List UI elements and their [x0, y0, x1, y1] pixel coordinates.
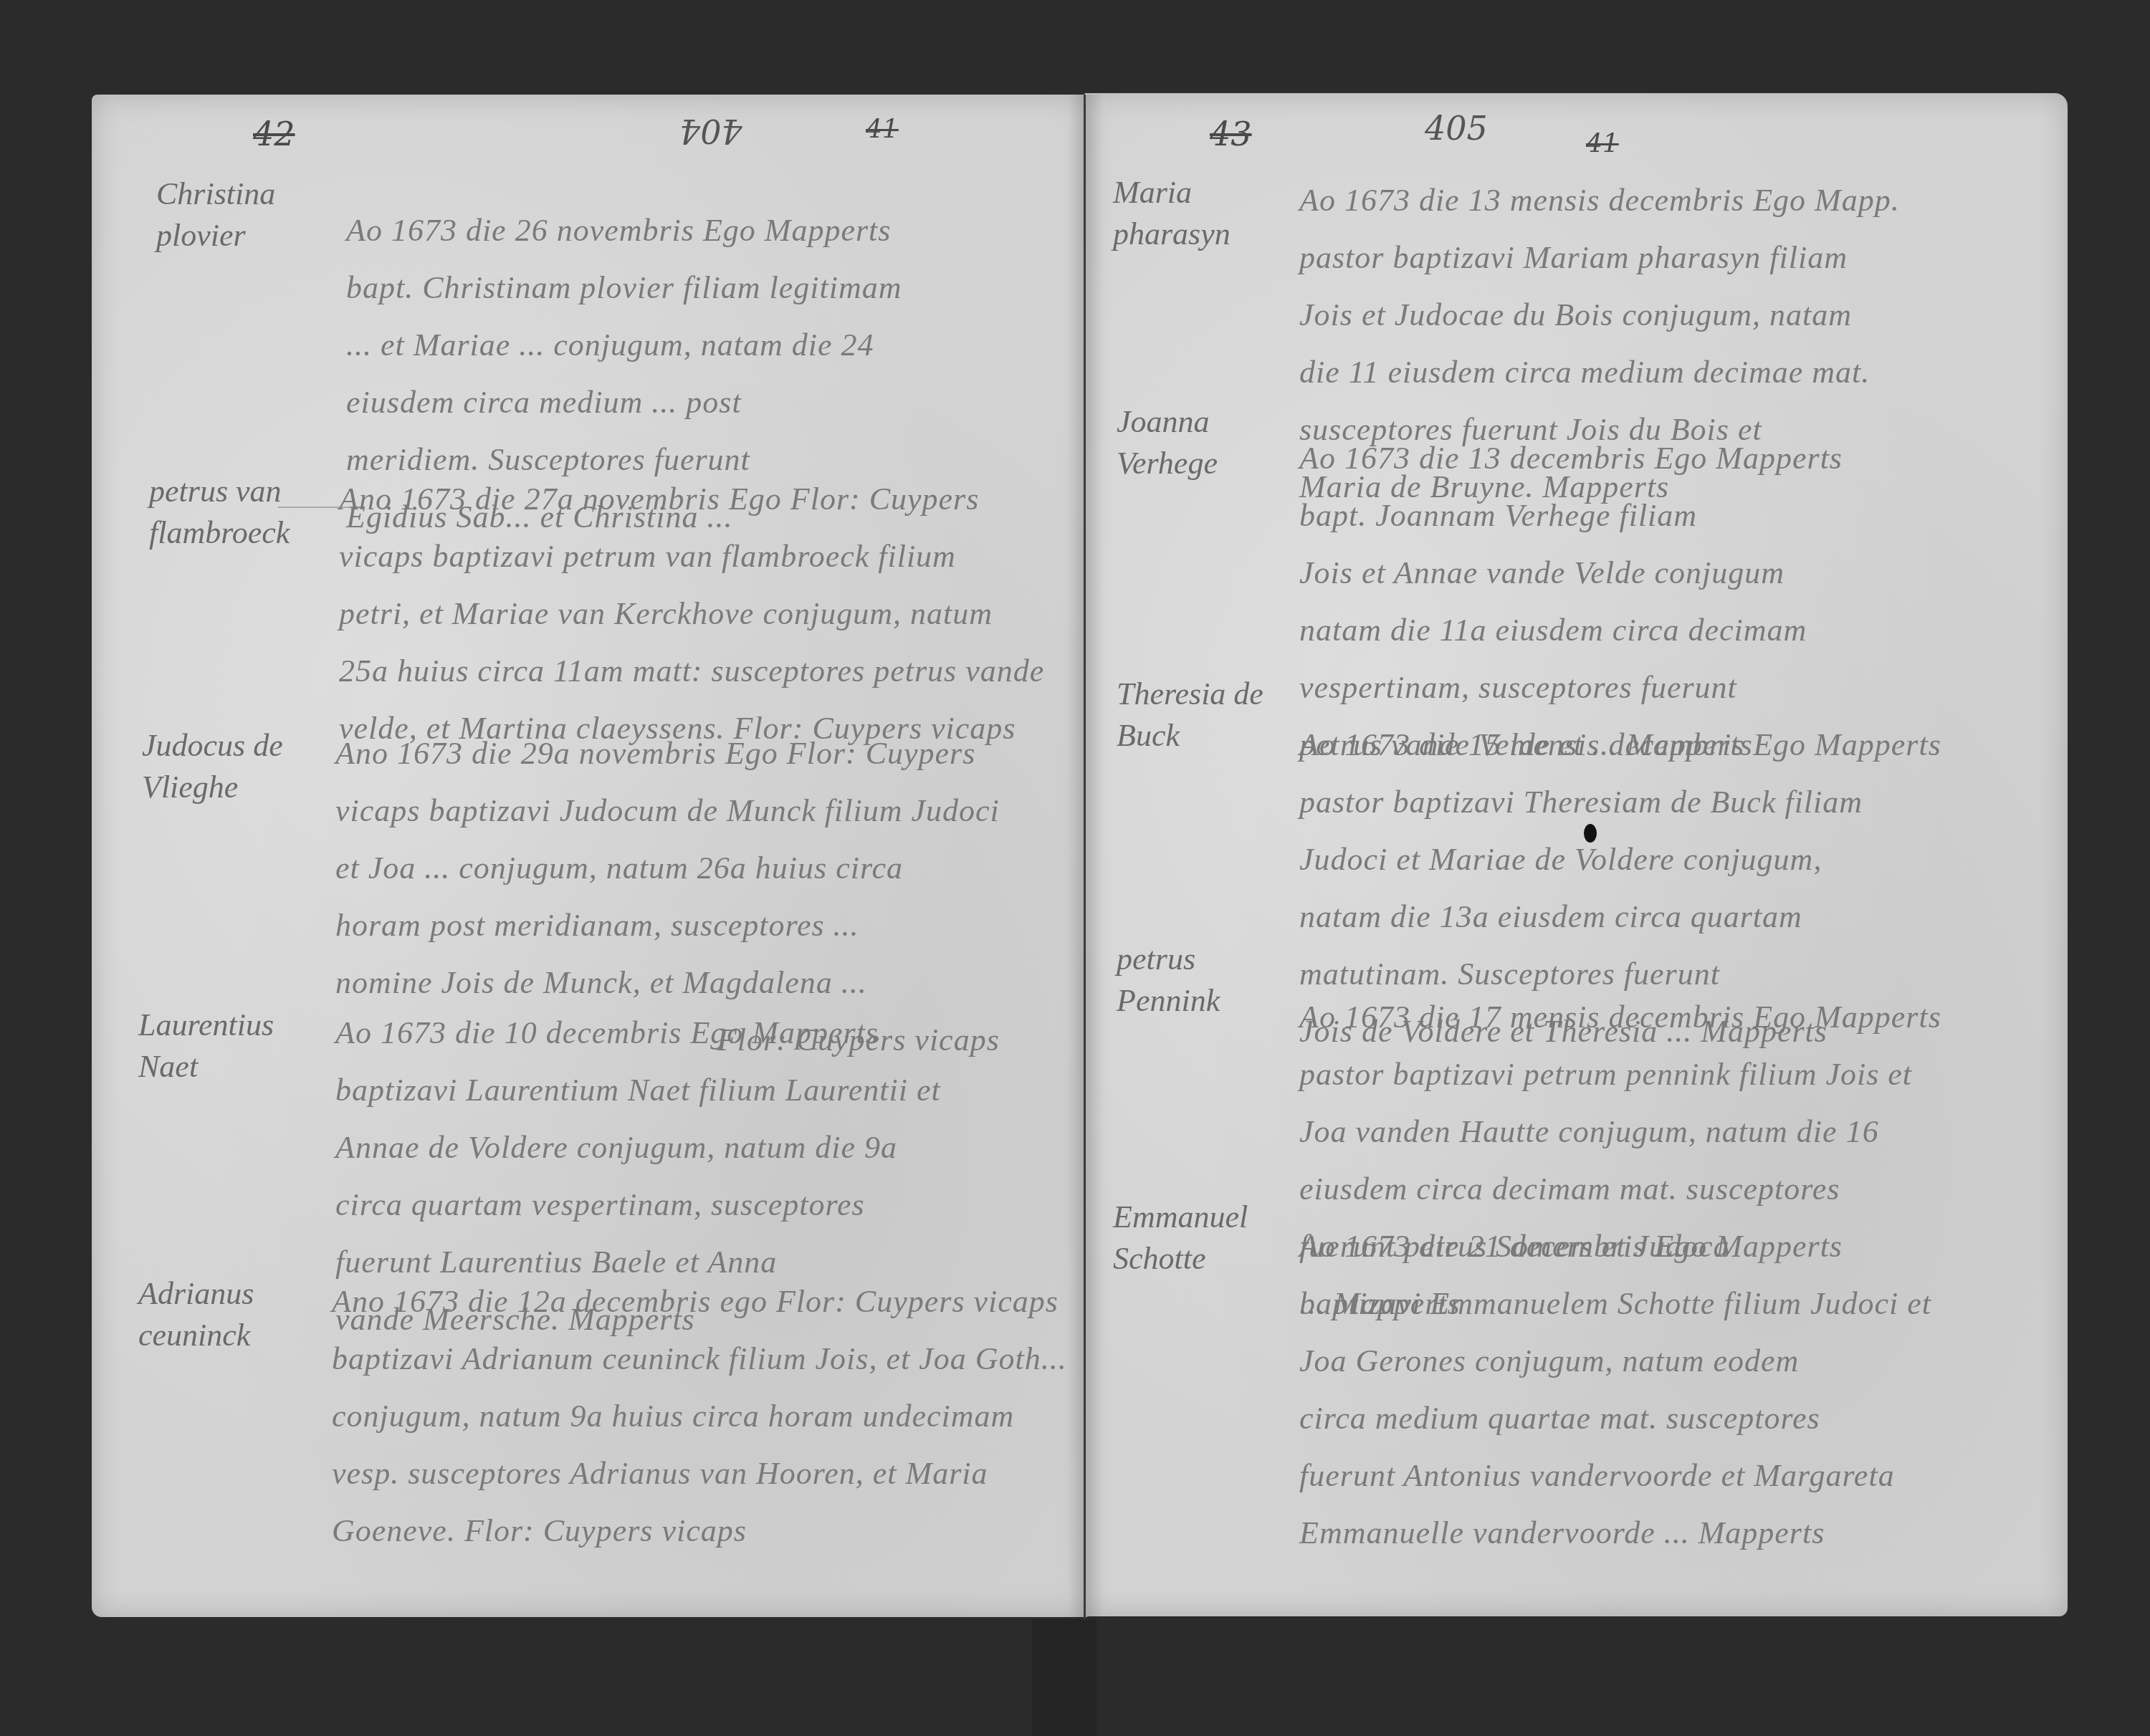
entry-line: Jois et Annae vande Velde conjugum: [1299, 545, 1843, 602]
margin-name: Joanna Verhege: [1117, 401, 1289, 484]
margin-name: petrus Pennink: [1117, 939, 1289, 1022]
entry-line: et Joa ... conjugum, natum 26a huius cir…: [335, 840, 1000, 897]
old-page-number: 42: [253, 115, 295, 153]
entry-line: pastor baptizavi Theresiam de Buck filia…: [1299, 774, 1941, 831]
entry-line: vesp. susceptores Adrianus van Hooren, e…: [332, 1445, 1067, 1502]
entry-line: nomine Jois de Munck, et Magdalena ...: [335, 954, 1000, 1012]
entry-line: Ao 1673 die 10 decembris Ego Mapperts: [335, 1004, 941, 1062]
entry-line: Joa Gerones conjugum, natum eodem: [1299, 1333, 1931, 1390]
baptism-entry: Ano 1673 die 12a decembris ego Flor: Cuy…: [332, 1273, 1067, 1560]
scanner-background-tab: [1032, 1619, 1096, 1736]
margin-name: Theresia de Buck: [1117, 673, 1289, 757]
right-page: 43 405 41 Maria pharasyn Ao 1673 die 13 …: [1084, 93, 2068, 1616]
margin-name: Laurentius Naet: [138, 1004, 310, 1088]
entry-line: 25a huius circa 11am matt: susceptores p…: [339, 643, 1044, 700]
margin-name: petrus van flambroeck: [149, 471, 321, 554]
entry-line: baptizavi Adrianum ceuninck filium Jois,…: [332, 1330, 1067, 1388]
entry-line: bapt. Christinam plovier filiam legitima…: [346, 259, 902, 317]
entry-line: bapt. Joannam Verhege filiam: [1299, 487, 1843, 545]
baptism-entry: Ao 1673 die 21 decembris Ego Mapperts ba…: [1299, 1218, 1931, 1562]
entry-line: horam post meridianam, susceptores ...: [335, 897, 1000, 954]
entry-line: baptizavi Emmanuelem Schotte filium Judo…: [1299, 1275, 1931, 1333]
entry-line: eiusdem circa medium ... post: [346, 374, 902, 431]
entry-line: Ano 1673 die 12a decembris ego Flor: Cuy…: [332, 1273, 1067, 1330]
entry-line: Annae de Voldere conjugum, natum die 9a: [335, 1119, 941, 1176]
old-folio-number: 41: [866, 115, 899, 144]
page-number: 405: [1425, 109, 1488, 148]
entry-line: ... et Mariae ... conjugum, natam die 24: [346, 317, 902, 374]
entry-line: vicaps baptizavi Judocum de Munck filium…: [335, 782, 1000, 840]
margin-name: Judocus de Vlieghe: [142, 725, 314, 808]
old-page-number: 43: [1210, 115, 1252, 153]
entry-line: Judoci et Mariae de Voldere conjugum,: [1299, 831, 1941, 888]
page-number: 404: [679, 112, 742, 150]
entry-line: baptizavi Laurentium Naet filium Laurent…: [335, 1062, 941, 1119]
entry-line: Ao 1673 die 21 decembris Ego Mapperts: [1299, 1218, 1931, 1275]
entry-line: pastor baptizavi petrum pennink filium J…: [1299, 1046, 1941, 1103]
entry-line: Ao 1673 die 13 decembris Ego Mapperts: [1299, 430, 1843, 487]
entry-line: Ao 1673 die 26 novembris Ego Mapperts: [346, 202, 902, 259]
paper-hole: [1584, 824, 1597, 843]
entry-line: vicaps baptizavi petrum van flambroeck f…: [339, 528, 1044, 585]
entry-line: natam die 11a eiusdem circa decimam: [1299, 602, 1843, 659]
baptism-entry: Ano 1673 die 27a novembris Ego Flor: Cuy…: [339, 471, 1044, 757]
entry-line: conjugum, natum 9a huius circa horam und…: [332, 1388, 1067, 1445]
entry-line: pastor baptizavi Mariam pharasyn filiam: [1299, 229, 1900, 287]
entry-line: die 11 eiusdem circa medium decimae mat.: [1299, 344, 1900, 401]
entry-line: Ao 1673 die 17 mensis decembris Ego Mapp…: [1299, 989, 1941, 1046]
book-spine: [1084, 95, 1086, 1619]
entry-line: eiusdem circa decimam mat. susceptores: [1299, 1161, 1941, 1218]
entry-line: Joa vanden Hautte conjugum, natum die 16: [1299, 1103, 1941, 1161]
entry-line: petri, et Mariae van Kerckhove conjugum,…: [339, 585, 1044, 643]
margin-name: Adrianus ceuninck: [138, 1273, 310, 1356]
entry-line: fuerunt Antonius vandervoorde et Margare…: [1299, 1447, 1931, 1505]
spine-shadow: [1068, 95, 1104, 1619]
entry-line: Ano 1673 die 29a novembris Ego Flor: Cuy…: [335, 725, 1000, 782]
margin-name: Maria pharasyn: [1113, 172, 1285, 255]
entry-line: Ao 1673 die 13 mensis decembris Ego Mapp…: [1299, 172, 1900, 229]
entry-line: Ano 1673 die 27a novembris Ego Flor: Cuy…: [339, 471, 1044, 528]
entry-line: Jois et Judocae du Bois conjugum, natam: [1299, 287, 1900, 344]
old-folio-number: 41: [1586, 129, 1619, 158]
entry-line: Goeneve. Flor: Cuypers vicaps: [332, 1502, 1067, 1560]
margin-name: Emmanuel Schotte: [1113, 1197, 1285, 1280]
entry-line: vespertinam, susceptores fuerunt: [1299, 659, 1843, 716]
left-page: 42 404 41 Christina plovier Ao 1673 die …: [92, 95, 1088, 1617]
entry-line: circa medium quartae mat. susceptores: [1299, 1390, 1931, 1447]
margin-name: Christina plovier: [156, 173, 328, 256]
entry-line: circa quartam vespertinam, susceptores: [335, 1176, 941, 1234]
entry-line: Emmanuelle vandervoorde ... Mapperts: [1299, 1505, 1931, 1562]
entry-line: natam die 13a eiusdem circa quartam: [1299, 888, 1941, 946]
entry-line: Ao 1673 die 15 mensis decembris Ego Mapp…: [1299, 716, 1941, 774]
